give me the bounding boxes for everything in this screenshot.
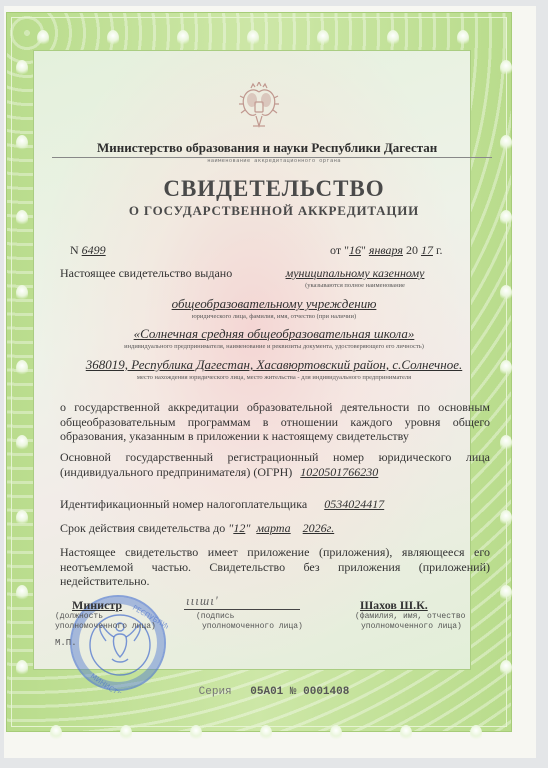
validity-month: марта (256, 521, 290, 535)
document-subtitle: О ГОСУДАРСТВЕННОЙ АККРЕДИТАЦИИ (0, 203, 548, 219)
inn-value: 0534024417 (324, 497, 384, 511)
accreditation-paragraph: о государственной аккредитации образоват… (60, 400, 490, 444)
signature-caption: (подпись уполномоченного лица) (196, 612, 303, 632)
issue-year: 17 (421, 243, 433, 257)
caption-full-name: (указываются полное наименование (270, 282, 440, 289)
issued-to-line-2: общеобразовательному учреждению (0, 296, 548, 312)
seal-place-label: М.П. (55, 638, 77, 648)
validity-year: 2026г. (303, 521, 335, 535)
signatory-name: Шахов Ш.К. (360, 598, 428, 613)
issued-to-line-1: муниципальному казенному (275, 266, 435, 281)
appendix-note: Настоящее свидетельство имеет приложение… (60, 545, 490, 589)
name-caption: (фамилия, имя, отчество уполномоченного … (355, 612, 465, 632)
authority-caption: наименование аккредитационного органа (0, 158, 548, 164)
certificate-number: N 6499 (70, 243, 106, 258)
handwritten-signature: ɩɩɩɯɩ' (186, 593, 219, 609)
document-title: СВИДЕТЕЛЬСТВО (0, 176, 548, 202)
series-code: 05А01 (250, 686, 283, 698)
position-caption: (должность уполномоченного лица) (55, 612, 156, 632)
caption-address: место нахождения юридического лица, мест… (0, 374, 548, 381)
organization-name: «Солнечная средняя общеобразовательная ш… (0, 326, 548, 342)
issue-month: января (369, 243, 403, 257)
issued-label: Настоящее свидетельство выдано (60, 266, 232, 281)
organization-address: 368019, Республика Дагестан, Хасавюртовс… (0, 357, 548, 373)
issue-day: 16 (349, 243, 361, 257)
signatory-position: Министр (72, 598, 122, 613)
validity-day: 12 (233, 521, 245, 535)
ogrn-value: 1020501766230 (300, 465, 378, 479)
issue-date: от "16" января 20 17 г. (330, 243, 443, 258)
certificate-number-value: 6499 (82, 243, 106, 257)
validity-paragraph: Срок действия свидетельства до "12" март… (60, 521, 490, 536)
inn-paragraph: Идентификационный номер налогоплательщик… (60, 497, 490, 512)
caption-entrepreneur: индивидуального предпринимателя, наимено… (0, 343, 548, 350)
ogrn-paragraph: Основной государственный регистрационный… (60, 450, 490, 479)
russian-eagle-icon (236, 82, 282, 132)
issuing-authority: Министерство образования и науки Республ… (97, 140, 437, 156)
signature-line (184, 609, 300, 610)
series-number: Серия 05А01 № 0001408 (0, 686, 548, 698)
caption-legal-entity: юридического лица, фамилия, имя, отчеств… (0, 313, 548, 320)
serial-number: 0001408 (303, 686, 349, 698)
